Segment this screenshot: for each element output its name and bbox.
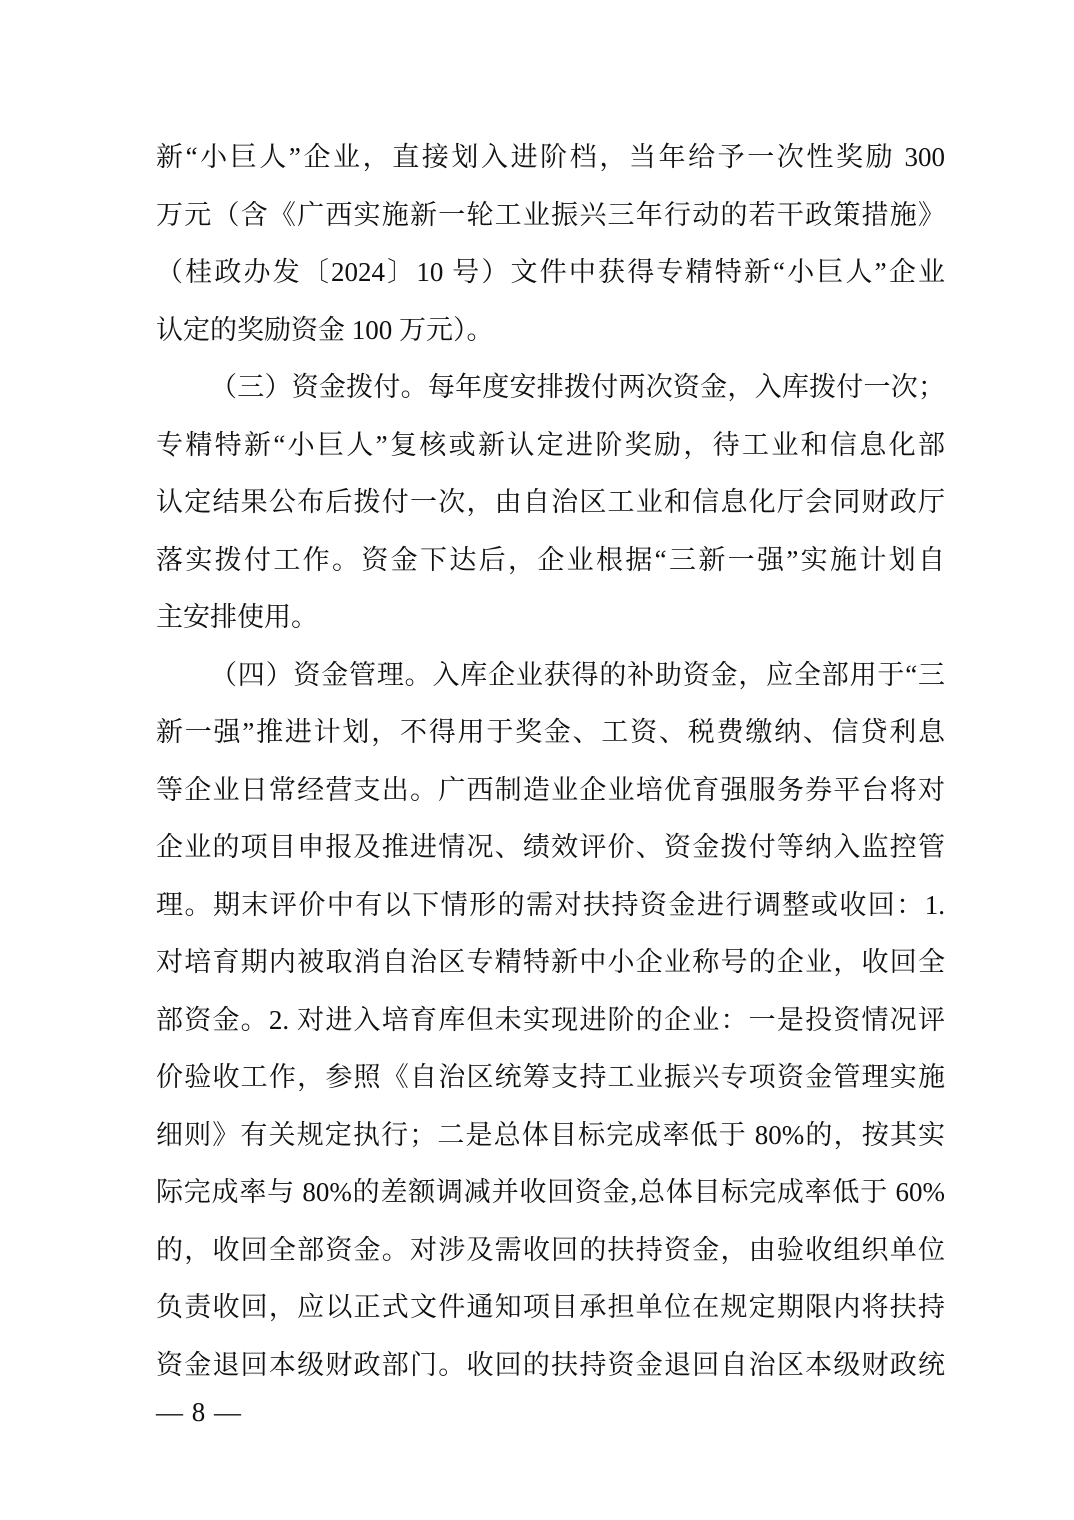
text-line: 负责收回，应以正式文件通知项目承担单位在规定期限内将扶持: [156, 1279, 945, 1337]
text-line: （桂政办发〔2024〕10 号）文件中获得专精特新“小巨人”企业: [156, 244, 945, 302]
text-line: 部资金。2. 对进入培育库但未实现进阶的企业：一是投资情况评: [156, 992, 945, 1050]
text-line: 认定的奖励资金 100 万元）。: [156, 302, 945, 360]
text-line: 落实拨付工作。资金下达后，企业根据“三新一强”实施计划自: [156, 532, 945, 590]
text-line: 价验收工作，参照《自治区统筹支持工业振兴专项资金管理实施: [156, 1049, 945, 1107]
text-line: 企业的项目申报及推进情况、绩效评价、资金拨付等纳入监控管: [156, 819, 945, 877]
text-line: 专精特新“小巨人”复核或新认定进阶奖励，待工业和信息化部: [156, 417, 945, 475]
text-line: 的，收回全部资金。对涉及需收回的扶持资金，由验收组织单位: [156, 1222, 945, 1280]
text-line: 际完成率与 80%的差额调减并收回资金,总体目标完成率低于 60%: [156, 1164, 945, 1222]
text-line: 认定结果公布后拨付一次，由自治区工业和信息化厅会同财政厅: [156, 474, 945, 532]
text-line: 资金退回本级财政部门。收回的扶持资金退回自治区本级财政统: [156, 1337, 945, 1395]
text-line: 新一强”推进计划，不得用于奖金、工资、税费缴纳、信贷利息: [156, 704, 945, 762]
document-page: 新“小巨人”企业，直接划入进阶档，当年给予一次性奖励 300万元（含《广西实施新…: [0, 0, 1074, 1520]
body-text: 新“小巨人”企业，直接划入进阶档，当年给予一次性奖励 300万元（含《广西实施新…: [156, 129, 945, 1394]
text-line: 新“小巨人”企业，直接划入进阶档，当年给予一次性奖励 300: [156, 129, 945, 187]
text-line: 等企业日常经营支出。广西制造业企业培优育强服务券平台将对: [156, 762, 945, 820]
text-line: 理。期末评价中有以下情形的需对扶持资金进行调整或收回：1.: [156, 877, 945, 935]
text-line: 对培育期内被取消自治区专精特新中小企业称号的企业，收回全: [156, 934, 945, 992]
page-number: — 8 —: [156, 1396, 242, 1428]
text-line: （三）资金拨付。每年度安排拨付两次资金，入库拨付一次；: [156, 359, 945, 417]
text-line: （四）资金管理。入库企业获得的补助资金，应全部用于“三: [156, 647, 945, 705]
text-line: 细则》有关规定执行；二是总体目标完成率低于 80%的，按其实: [156, 1107, 945, 1165]
text-line: 主安排使用。: [156, 589, 945, 647]
text-line: 万元（含《广西实施新一轮工业振兴三年行动的若干政策措施》: [156, 187, 945, 245]
